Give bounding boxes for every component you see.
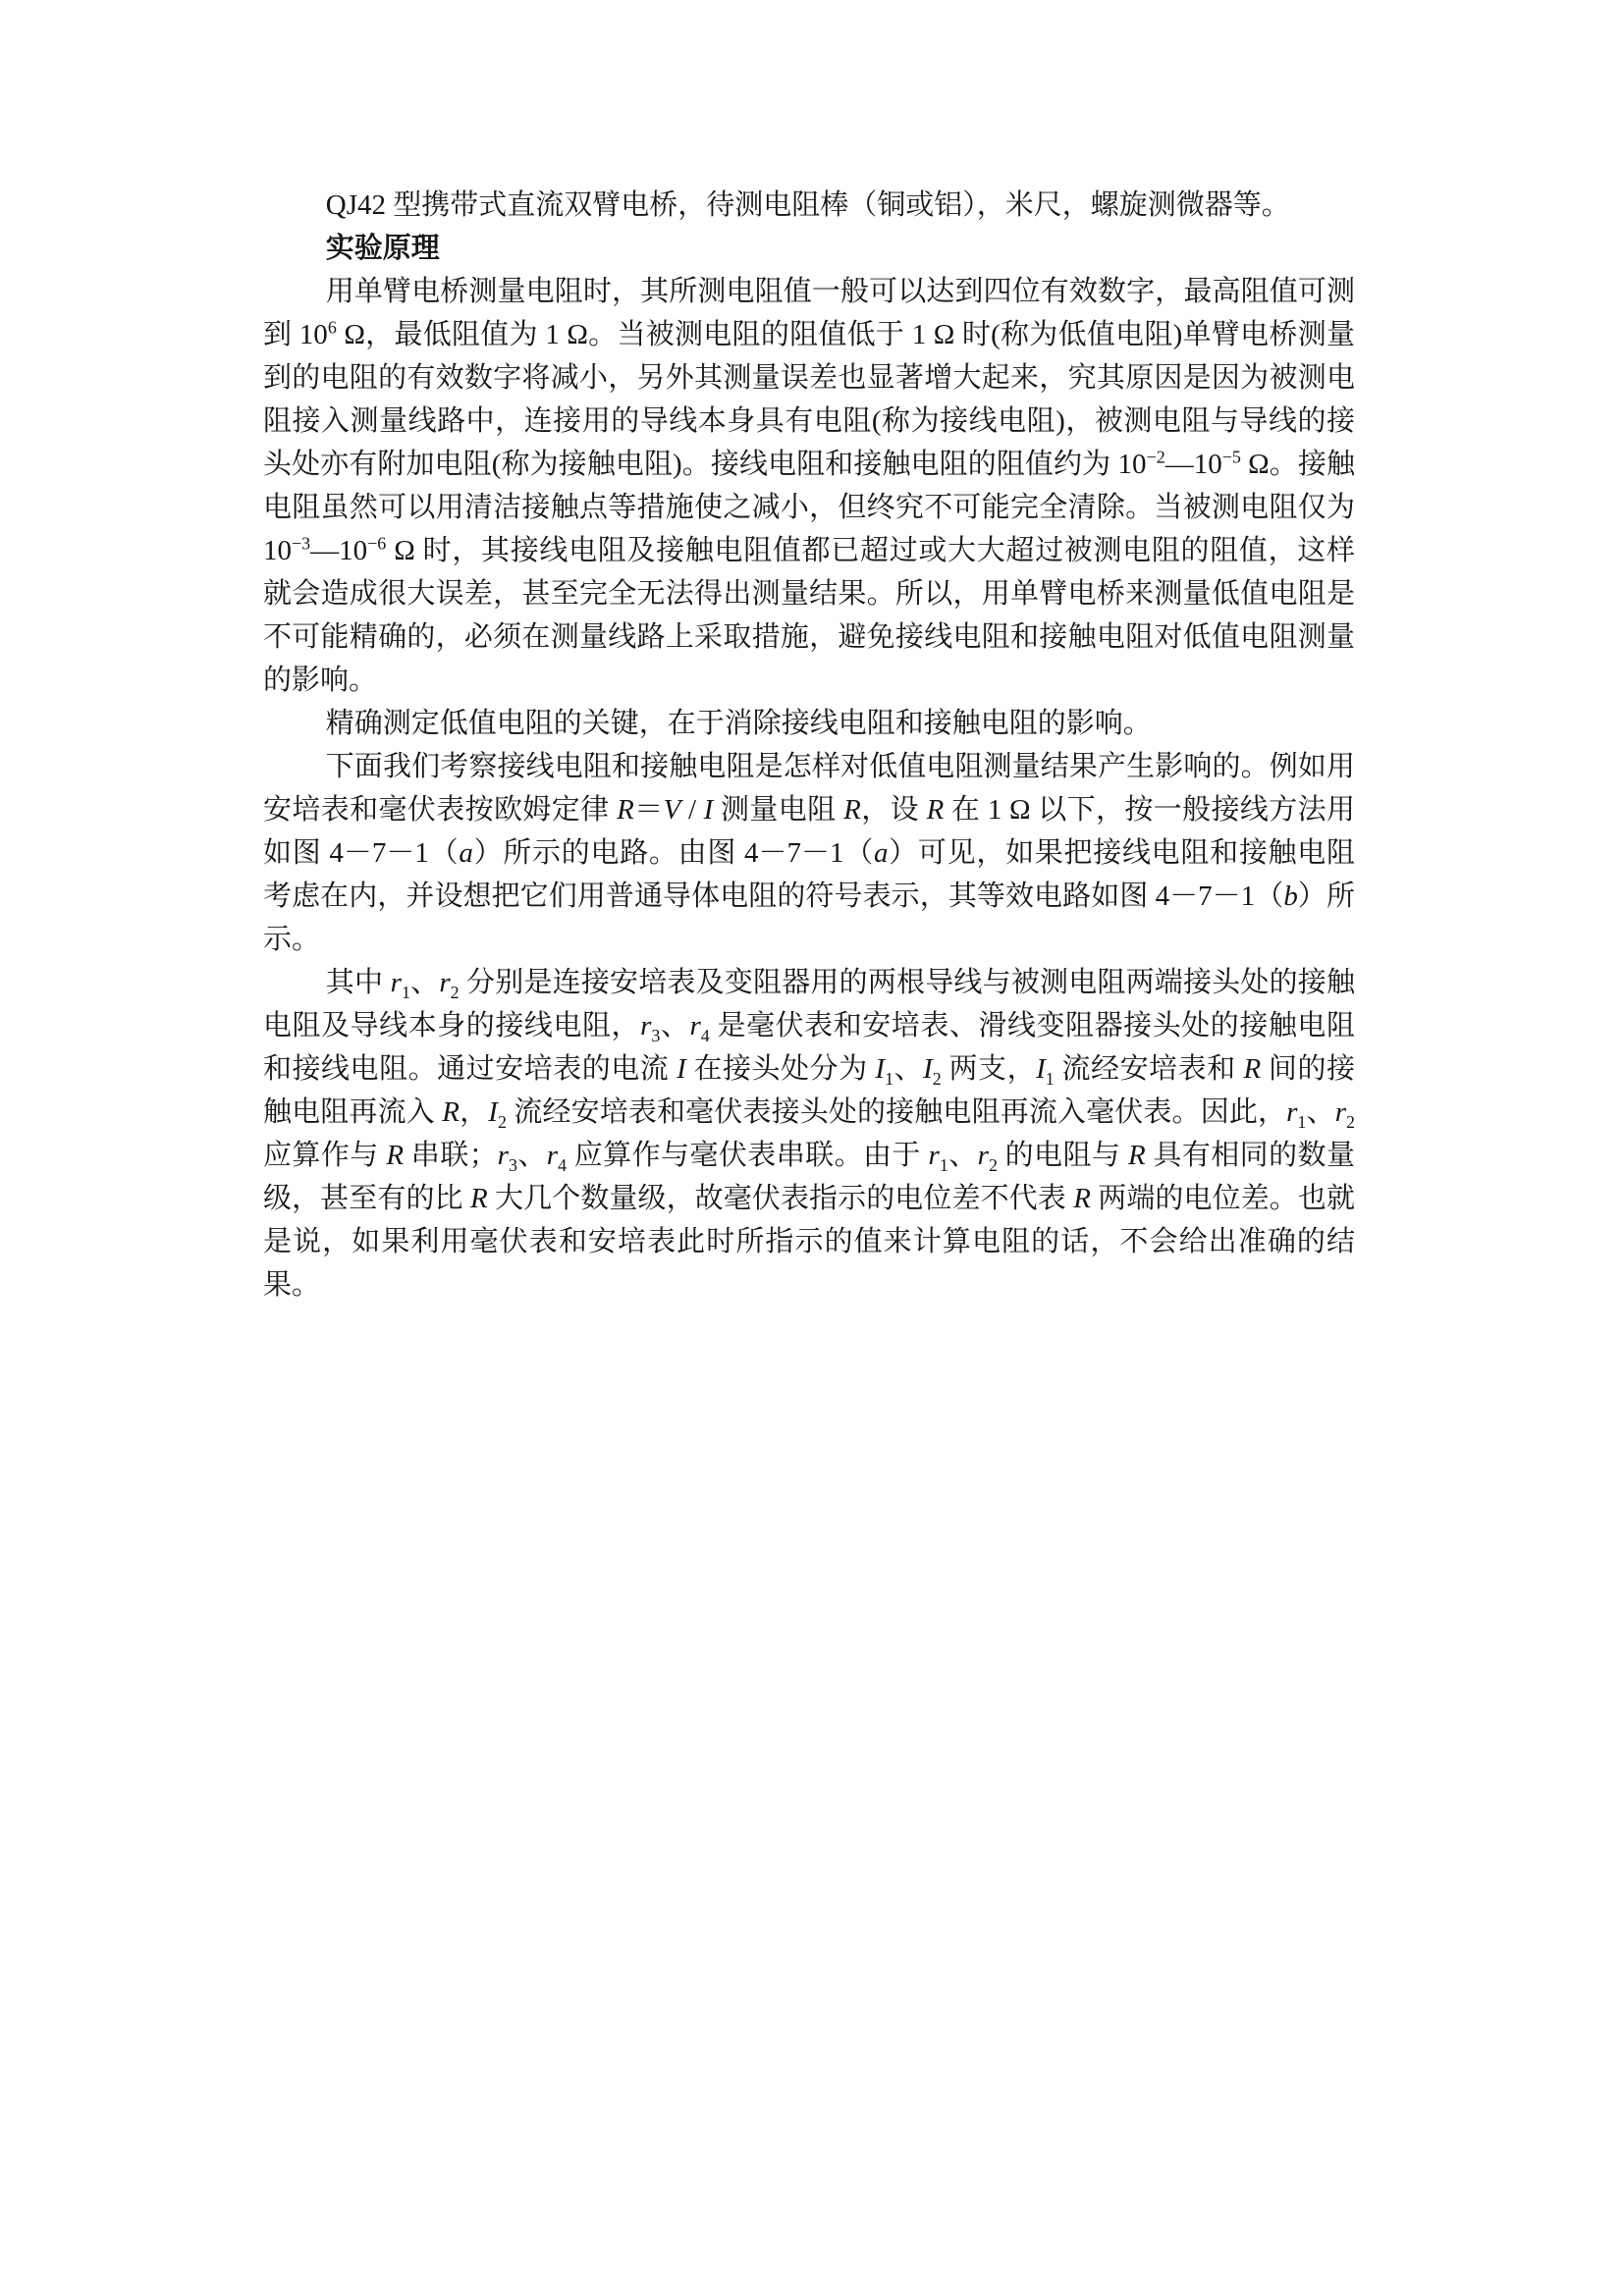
document-page: QJ42 型携带式直流双臂电桥，待测电阻棒（铜或铝），米尺，螺旋测微器等。实验原… [0, 0, 1624, 2296]
text-segment: r [689, 1010, 700, 1041]
paragraph: 精确测定低值电阻的关键，在于消除接线电阻和接触电阻的影响。 [263, 702, 1355, 745]
paragraph: 用单臂电桥测量电阻时，其所测电阻值一般可以达到四位有效数字，最高阻值可测到 10… [263, 270, 1355, 702]
text-segment: 在接头处分为 [686, 1053, 876, 1085]
text-segment: 4 [701, 1026, 710, 1045]
text-segment: 其中 [326, 967, 391, 998]
paragraph: 其中 r1、r2 分别是连接安培表及变阻器用的两根导线与被测电阻两端接头处的接触… [263, 961, 1355, 1307]
text-segment: R [617, 794, 634, 826]
text-segment: r [1335, 1096, 1346, 1128]
section-heading: 实验原理 [263, 227, 1355, 270]
text-segment: R [927, 794, 945, 826]
text-segment: 2 [498, 1112, 507, 1132]
text-segment: 应算作与 [263, 1140, 386, 1171]
text-segment: 、 [1306, 1096, 1334, 1128]
text-segment: 、 [948, 1140, 978, 1171]
text-segment: 1 [402, 983, 410, 1002]
text-segment: 两支， [942, 1053, 1036, 1085]
text-segment: I [1036, 1053, 1046, 1085]
text-segment: 、 [410, 967, 439, 998]
text-segment: I [677, 1053, 686, 1085]
text-segment: −6 [367, 533, 386, 553]
text-segment: 实验原理 [326, 233, 440, 264]
text-segment: 精确测定低值电阻的关键，在于消除接线电阻和接触电阻的影响。 [326, 708, 1152, 739]
text-segment: —10 [1165, 449, 1222, 480]
text-segment: r [547, 1140, 558, 1171]
text-segment: 4 [558, 1155, 567, 1175]
text-segment: 2 [451, 983, 460, 1002]
text-segment: I [488, 1096, 498, 1128]
text-segment: QJ42 型携带式直流双臂电桥，待测电阻棒（铜或铝），米尺，螺旋测微器等。 [326, 189, 1290, 221]
text-segment: I [704, 794, 714, 826]
text-segment: −5 [1222, 447, 1241, 466]
text-segment: 大几个数量级，故毫伏表指示的电位差不代表 [488, 1183, 1073, 1214]
text-segment: 3 [651, 1026, 660, 1045]
text-segment: ， [460, 1096, 488, 1128]
text-segment: R [442, 1096, 460, 1128]
text-segment: a [459, 837, 473, 869]
text-segment: 1 [940, 1155, 948, 1175]
text-segment: r [1286, 1096, 1297, 1128]
text-segment: ，设 [861, 794, 927, 826]
text-segment: b [1283, 881, 1298, 912]
text-segment: r [640, 1010, 651, 1041]
text-segment: R [470, 1183, 488, 1214]
text-segment: R [1128, 1140, 1146, 1171]
text-segment: 测量电阻 [713, 794, 843, 826]
text-segment: 、 [660, 1010, 689, 1041]
text-segment: R [386, 1140, 404, 1171]
text-segment: −3 [292, 533, 310, 553]
text-segment: ＝ [634, 794, 664, 826]
text-segment: —10 [310, 535, 367, 566]
document-body: QJ42 型携带式直流双臂电桥，待测电阻棒（铜或铝），米尺，螺旋测微器等。实验原… [263, 184, 1355, 1307]
text-segment: 串联； [404, 1140, 498, 1171]
text-segment: r [978, 1140, 989, 1171]
text-segment: r [929, 1140, 940, 1171]
paragraph: QJ42 型携带式直流双臂电桥，待测电阻棒（铜或铝），米尺，螺旋测微器等。 [263, 184, 1355, 227]
text-segment: 的电阻与 [998, 1140, 1128, 1171]
paragraph: 下面我们考察接线电阻和接触电阻是怎样对低值电阻测量结果产生影响的。例如用安培表和… [263, 745, 1355, 961]
text-segment: a [874, 837, 889, 869]
text-segment: 1 [885, 1069, 893, 1089]
text-segment: 、 [517, 1140, 547, 1171]
text-segment: I [875, 1053, 885, 1085]
text-segment: r [439, 967, 450, 998]
text-segment: I [923, 1053, 933, 1085]
text-segment: 6 [328, 317, 337, 337]
text-segment: 流经安培表和 [1055, 1053, 1244, 1085]
text-segment: r [498, 1140, 509, 1171]
text-segment: 2 [933, 1069, 942, 1089]
text-segment: ）所示的电路。由图 4－7－1（ [473, 837, 874, 869]
text-segment: / [680, 794, 703, 826]
text-segment: −2 [1147, 447, 1165, 466]
text-segment: Ω 时，其接线电阻及接触电阻值都已超过或大大超过被测电阻的阻值，这样就会造成很大… [263, 535, 1355, 696]
text-segment: 2 [1346, 1112, 1355, 1132]
text-segment: 、 [893, 1053, 923, 1085]
text-segment: R [1073, 1183, 1091, 1214]
text-segment: r [391, 967, 402, 998]
text-segment: R [843, 794, 861, 826]
text-segment: 1 [1046, 1069, 1055, 1089]
text-segment: V [664, 794, 681, 826]
text-segment: 应算作与毫伏表串联。由于 [567, 1140, 928, 1171]
text-segment: 2 [989, 1155, 998, 1175]
text-segment: 流经安培表和毫伏表接头处的接触电阻再流入毫伏表。因此， [507, 1096, 1286, 1128]
text-segment: R [1243, 1053, 1261, 1085]
text-segment: 3 [509, 1155, 517, 1175]
